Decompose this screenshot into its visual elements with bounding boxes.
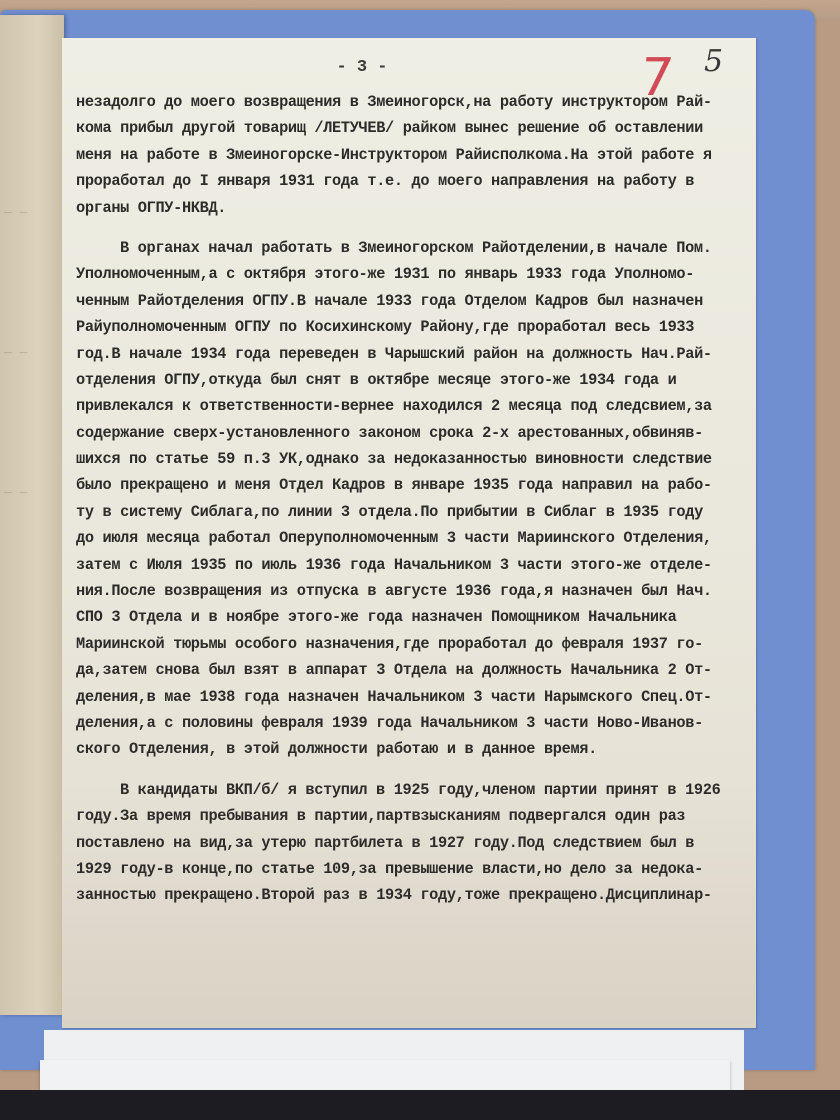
text-line: Райуполномоченным ОГПУ по Косихинскому Р… [76,314,756,340]
text-line: 1929 году-в конце,по статье 109,за превы… [76,856,756,882]
paragraph-gap [76,763,756,777]
typed-document-page: - 3 - 7 5 незадолго до моего возвращения… [62,38,756,1028]
text-line: ту в систему Сиблага,по линии 3 отдела.П… [76,499,756,525]
archive-folio-pencil: 5 [704,44,723,79]
text-line: кома прибыл другой товарищ /ЛЕТУЧЕВ/ рай… [76,115,756,141]
text-line: ния.После возвращения из отпуска в авгус… [76,578,756,604]
text-line: шихся по статье 59 п.3 УК,однако за недо… [76,446,756,472]
text-line: да,затем снова был взят в аппарат 3 Отде… [76,657,756,683]
previous-page-edge: — — — — — — [0,15,64,1015]
text-line: ченным Райотделения ОГПУ.В начале 1933 г… [76,288,756,314]
text-line: было прекращено и меня Отдел Кадров в ян… [76,472,756,498]
text-line: органы ОГПУ-НКВД. [76,195,756,221]
text-line: содержание сверх-установленного законом … [76,420,756,446]
text-line: незадолго до моего возвращения в Змеиног… [76,89,756,115]
text-line: Уполномоченным,а с октября этого-же 1931… [76,261,756,287]
text-line: В кандидаты ВКП/б/ я вступил в 1925 году… [76,777,756,803]
text-line: проработал до I января 1931 года т.е. до… [76,168,756,194]
bleed-through-text: — — [4,345,27,360]
bleed-through-text: — — [4,205,27,220]
text-line: СПО 3 Отдела и в ноябре этого-же года на… [76,604,756,630]
text-line: затем с Июля 1935 по июль 1936 года Нача… [76,552,756,578]
text-line: привлекался к ответственности-вернее нах… [76,393,756,419]
text-line: Мариинской тюрьмы особого назначения,где… [76,631,756,657]
text-line: до июля месяца работал Оперуполномоченны… [76,525,756,551]
text-line: поставлено на вид,за утерю партбилета в … [76,830,756,856]
text-line: год.В начале 1934 года переведен в Чарыш… [76,341,756,367]
text-line: году.За время пребывания в партии,партвз… [76,803,756,829]
page-number: - 3 - [312,58,412,77]
background-floor [0,1090,840,1120]
text-line: В органах начал работать в Змеиногорском… [76,235,756,261]
text-line: занностью прекращено.Второй раз в 1934 г… [76,882,756,908]
text-line: деления,в мае 1938 года назначен Начальн… [76,684,756,710]
document-body: незадолго до моего возвращения в Змеиног… [76,89,756,909]
text-line: ского Отделения, в этой должности работа… [76,736,756,762]
paragraph-gap [76,221,756,235]
text-line: деления,а с половины февраля 1939 года Н… [76,710,756,736]
bleed-through-text: — — [4,485,27,500]
text-line: меня на работе в Змеиногорске-Инструктор… [76,142,756,168]
text-line: отделения ОГПУ,откуда был снят в октябре… [76,367,756,393]
